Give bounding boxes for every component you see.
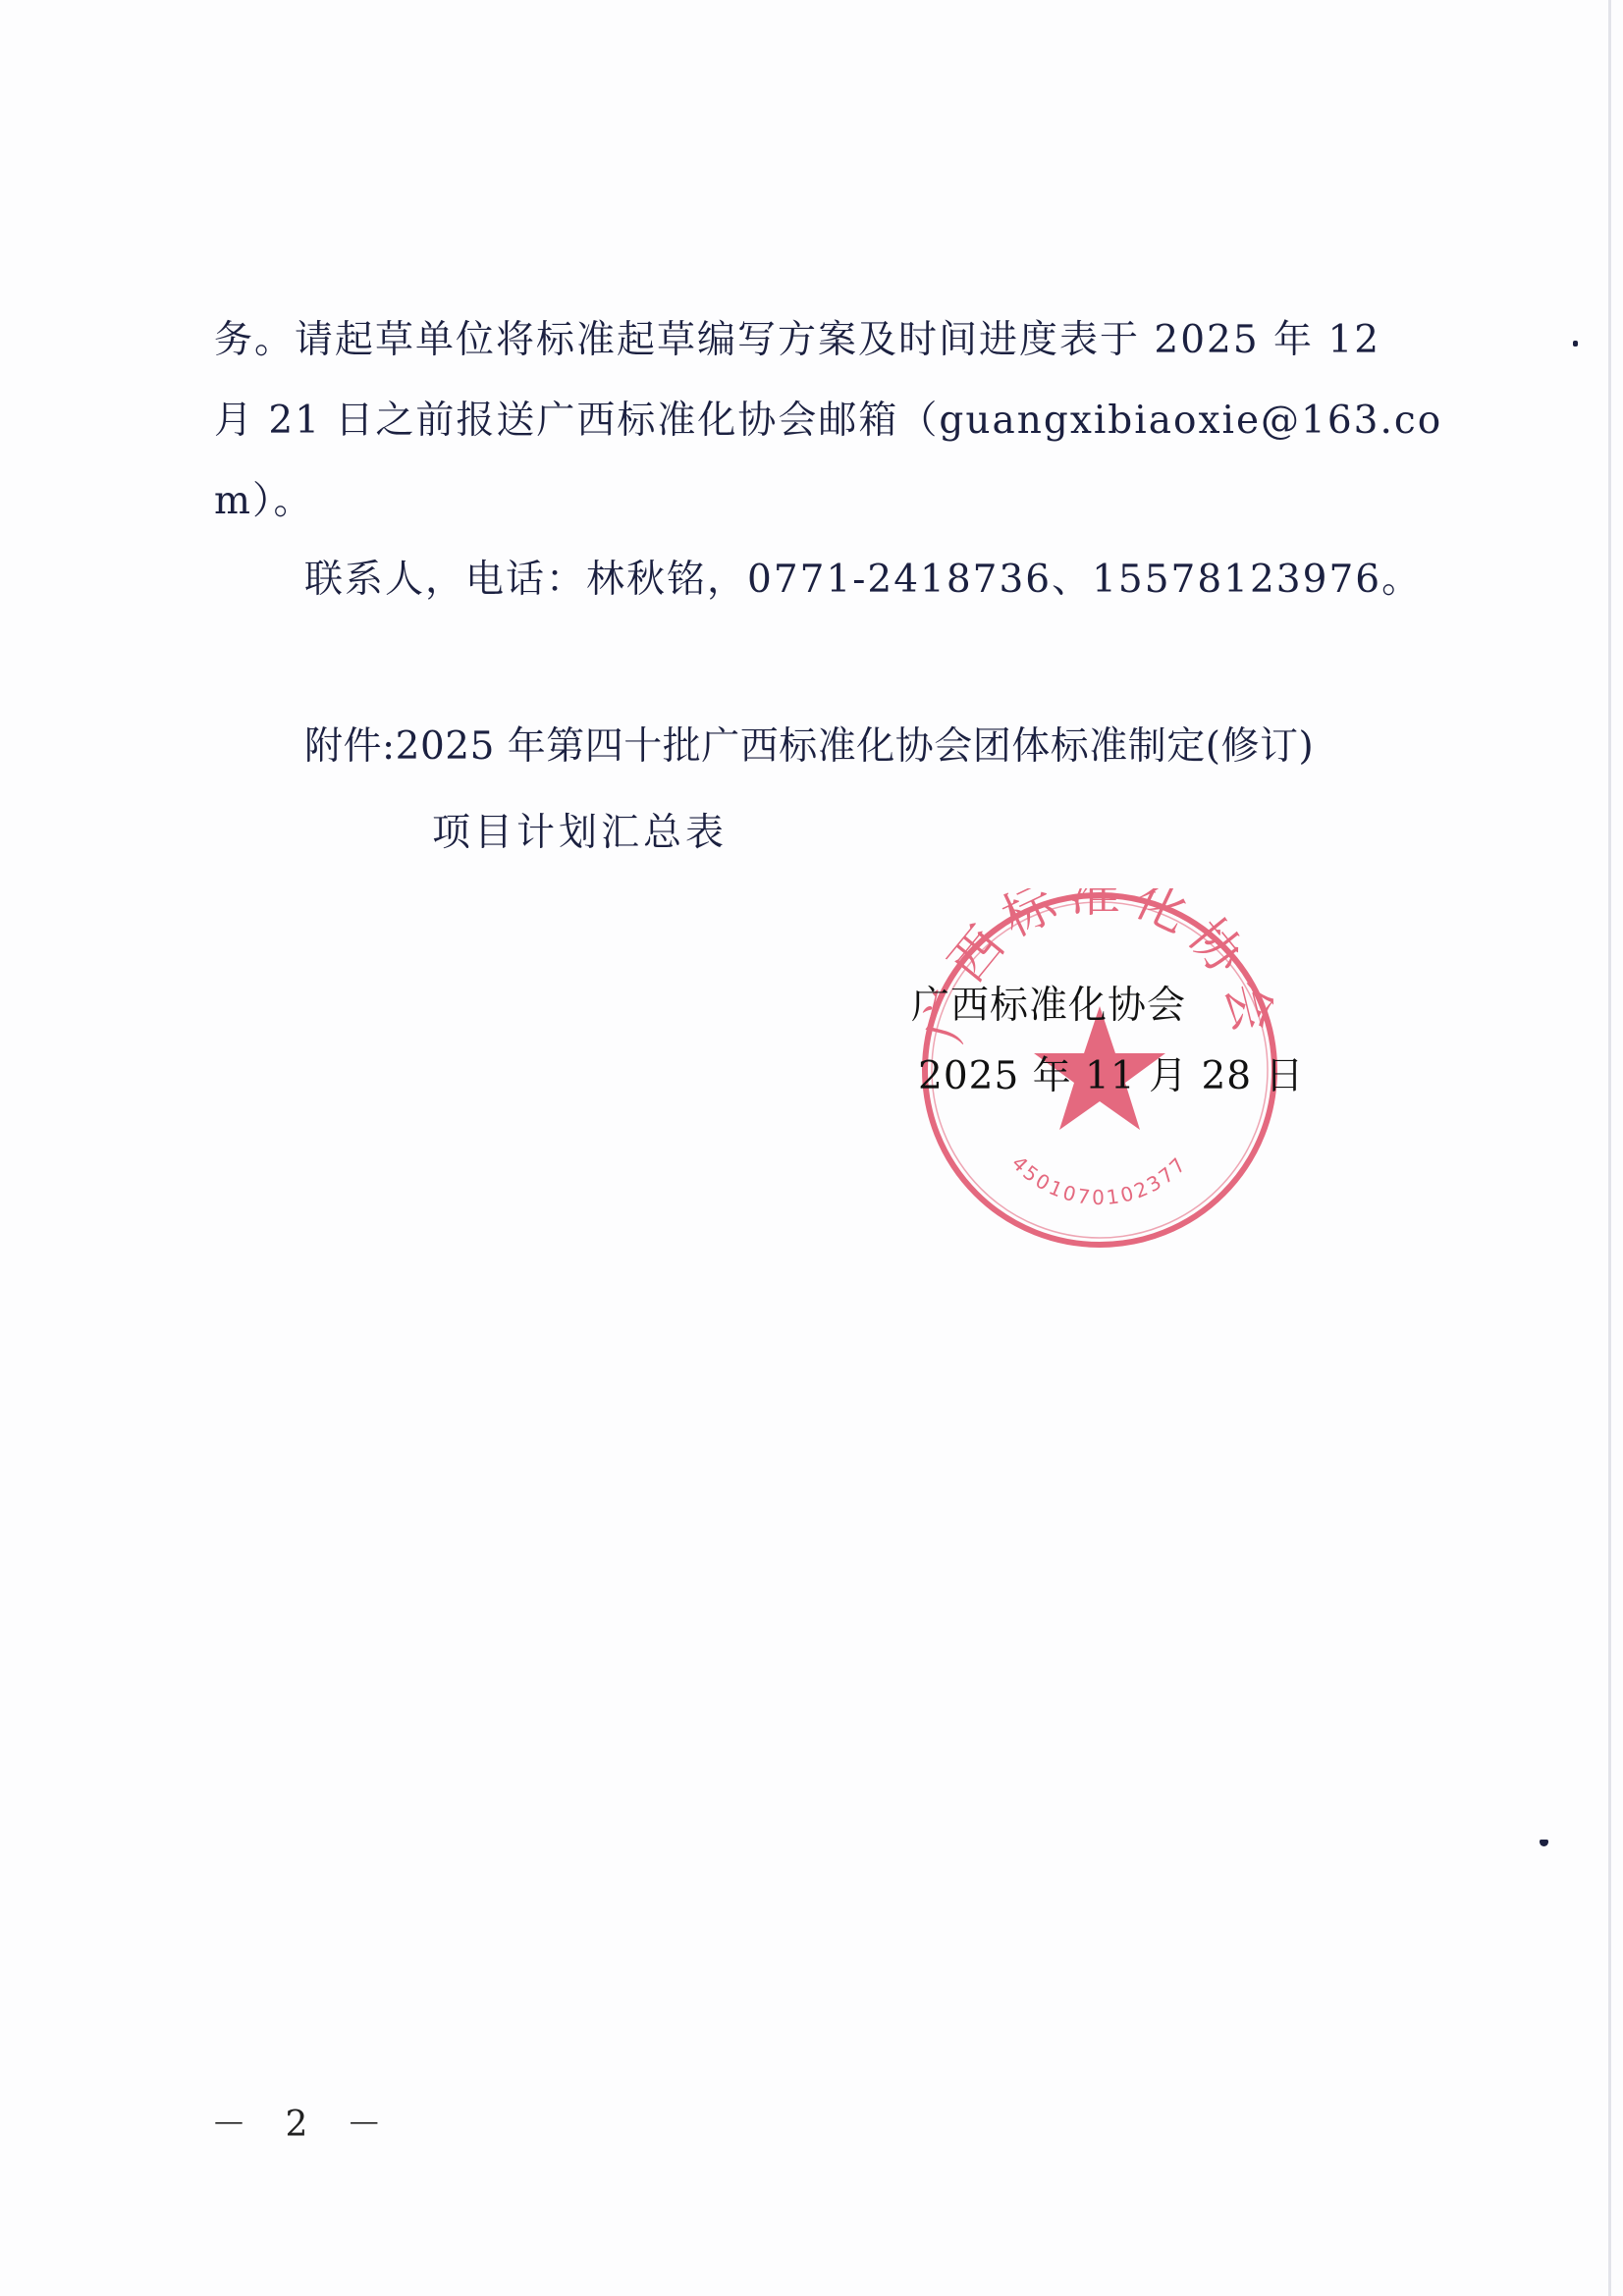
attachment-title-cont: 项目计划汇总表 [432,809,728,858]
page-number: － 2 － [211,2097,396,2147]
body-line-2: 月 21 日之前报送广西标准化协会邮箱（guangxibiaoxie@163.c… [214,397,1442,446]
signature-date: 2025 年 11 月 28 日 [918,1052,1305,1101]
body-line-1: 务。请起草单位将标准起草编写方案及时间进度表于 2025 年 12 [214,316,1380,365]
attachment-title: 附件:2025 年第四十批广西标准化协会团体标准制定(修订) [304,722,1314,772]
body-line-3: m）。 [214,477,313,526]
scan-edge-line [1608,0,1611,2296]
scan-speck [1573,341,1578,347]
scan-speck [1540,1840,1548,1846]
contact-line: 联系人，电话：林秋铭，0771-2418736、15578123976。 [304,556,1422,605]
svg-text:4501070102377: 4501070102377 [1007,1151,1192,1209]
signature-organization: 广西标准化协会 [911,982,1186,1031]
